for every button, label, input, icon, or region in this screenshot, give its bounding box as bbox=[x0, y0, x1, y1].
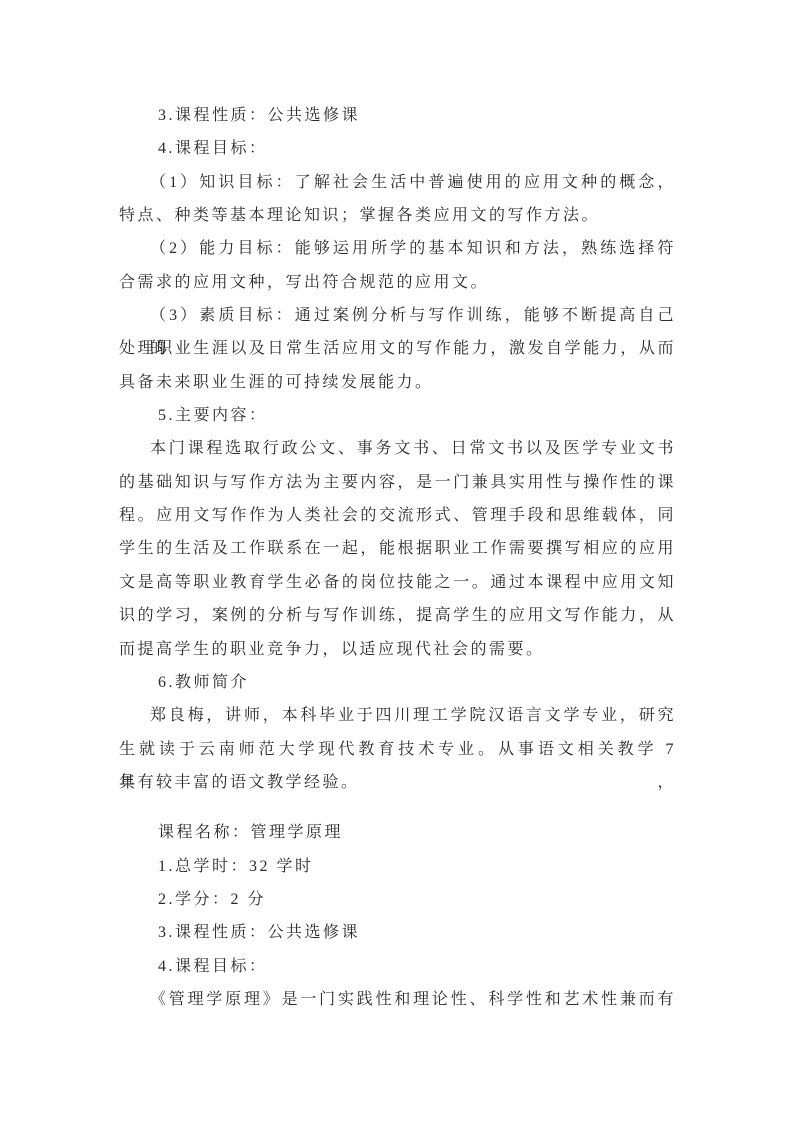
text-line-quality-goal-2: 处理职业生涯以及日常生活应用文的写作能力，激发自学能力，从而 bbox=[119, 332, 676, 365]
text-line-course-name-2: 课程名称：管理学原理 bbox=[119, 816, 676, 849]
text-line-teacher-bio-2: 生就读于云南师范大学现代教育技术专业。从事语文相关教学 7 年， bbox=[119, 733, 676, 766]
text-line-content-para-5: 文是高等职业教育学生必备的岗位技能之一。通过本课程中应用文知 bbox=[119, 566, 676, 599]
text-line-teacher-bio-1: 郑良梅，讲师，本科毕业于四川理工学院汉语言文学专业，研究 bbox=[119, 699, 676, 732]
text-line-content-para-2: 的基础知识与写作方法为主要内容，是一门兼具实用性与操作性的课 bbox=[119, 466, 676, 499]
text-line-teacher-intro: 6.教师简介 bbox=[119, 666, 676, 699]
text-line-mgmt-intro: 《管理学原理》是一门实践性和理论性、科学性和艺术性兼而有 bbox=[119, 983, 676, 1016]
text-line-knowledge-goal-1: （1）知识目标：了解社会生活中普遍使用的应用文种的概念， bbox=[119, 166, 676, 199]
text-line-quality-goal-3: 具备未来职业生涯的可持续发展能力。 bbox=[119, 366, 676, 399]
text-line-content-para-1: 本门课程选取行政公文、事务文书、日常文书以及医学专业文书 bbox=[119, 432, 676, 465]
text-line-course-goals: 4.课程目标： bbox=[119, 132, 676, 165]
text-line-course-nature-2: 3.课程性质：公共选修课 bbox=[119, 916, 676, 949]
text-line-knowledge-goal-2: 特点、种类等基本理论知识；掌握各类应用文的写作方法。 bbox=[119, 199, 676, 232]
text-line-course-nature: 3.课程性质：公共选修课 bbox=[119, 99, 676, 132]
paragraph-gap bbox=[119, 799, 676, 816]
text-line-content-para-4: 学生的生活及工作联系在一起，能根据职业工作需要撰写相应的应用 bbox=[119, 532, 676, 565]
text-line-content-para-6: 识的学习，案例的分析与写作训练，提高学生的应用文写作能力，从 bbox=[119, 599, 676, 632]
text-line-quality-goal-1: （3）素质目标：通过案例分析与写作训练，能够不断提高自己的 bbox=[119, 299, 676, 332]
text-line-ability-goal-2: 合需求的应用文种，写出符合规范的应用文。 bbox=[119, 266, 676, 299]
text-line-main-content: 5.主要内容： bbox=[119, 399, 676, 432]
text-line-content-para-3: 程。应用文写作作为人类社会的交流形式、管理手段和思维载体，同 bbox=[119, 499, 676, 532]
text-line-credits-2: 2.学分：2 分 bbox=[119, 883, 676, 916]
document-page: 3.课程性质：公共选修课 4.课程目标： （1）知识目标：了解社会生活中普遍使用… bbox=[0, 0, 793, 1122]
text-line-total-hours-2: 1.总学时：32 学时 bbox=[119, 850, 676, 883]
text-line-course-goals-2: 4.课程目标： bbox=[119, 950, 676, 983]
text-line-content-para-7: 而提高学生的职业竞争力，以适应现代社会的需要。 bbox=[119, 633, 676, 666]
text-line-ability-goal-1: （2）能力目标：能够运用所学的基本知识和方法，熟练选择符 bbox=[119, 232, 676, 265]
document-body: 3.课程性质：公共选修课 4.课程目标： （1）知识目标：了解社会生活中普遍使用… bbox=[119, 99, 676, 1016]
